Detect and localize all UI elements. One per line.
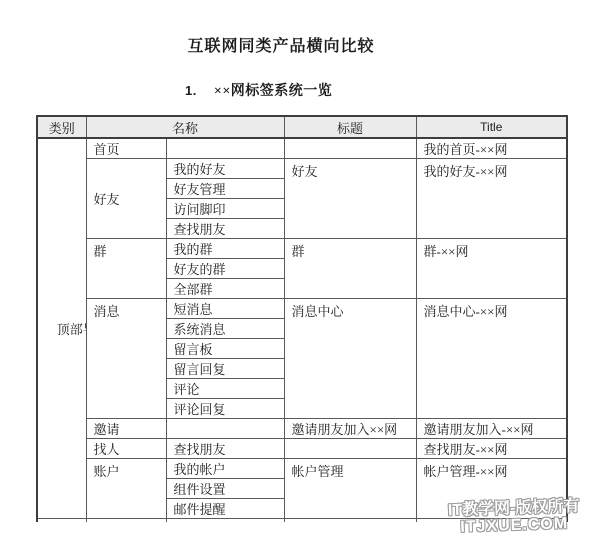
title-cell: 邀请朋友加入-××网 <box>416 419 567 439</box>
col-header-name: 名称 <box>86 116 284 138</box>
subtitle-cell <box>284 138 416 159</box>
table-row: 账户 我的帐户 帐户管理 帐户管理-××网 <box>37 459 567 479</box>
title-cell: 我的好友-××网 <box>416 159 567 239</box>
subtitle-cell: 群 <box>284 239 416 299</box>
title-cell: 查找朋友-××网 <box>416 439 567 459</box>
category-vertical-label: 顶部导航栏 <box>57 319 70 340</box>
section-title: ××网标签系统一览 <box>214 84 332 99</box>
subtitle-cell: 邀请朋友加入××网 <box>284 419 416 439</box>
submenu-cell: 好友的群 <box>166 259 284 279</box>
submenu-cell: 查找朋友 <box>166 439 284 459</box>
submenu-cell: 评论回复 <box>166 399 284 419</box>
menu-cell: 账户 <box>86 459 166 519</box>
table-row: 邀请 邀请朋友加入××网 邀请朋友加入-××网 <box>37 419 567 439</box>
page-title: 互联网同类产品横向比较 <box>0 33 562 56</box>
menu-cell: 好友 <box>86 159 166 239</box>
table-row: 好友 我的好友 好友 我的好友-××网 <box>37 159 567 179</box>
title-cell: 我的首页-××网 <box>416 138 567 159</box>
menu-cell: 群 <box>86 239 166 299</box>
submenu-cell: 好友管理 <box>166 179 284 199</box>
col-header-category: 类别 <box>37 116 86 138</box>
submenu-cell <box>166 419 284 439</box>
submenu-cell: 留言回复 <box>166 359 284 379</box>
col-header-title: Title <box>416 116 567 138</box>
submenu-cell: 组件设置 <box>166 479 284 499</box>
subtitle-cell: 好友 <box>284 159 416 239</box>
menu-cell: 消息 <box>86 299 166 419</box>
submenu-cell: 留言板 <box>166 339 284 359</box>
submenu-cell: 我的帐户 <box>166 459 284 479</box>
submenu-cell <box>166 138 284 159</box>
table-row: 消息 短消息 消息中心 消息中心-××网 <box>37 299 567 319</box>
submenu-cell: 全部群 <box>166 279 284 299</box>
submenu-cell: 系统消息 <box>166 319 284 339</box>
submenu-cell: 查找朋友 <box>166 219 284 239</box>
title-cell: 群-××网 <box>416 239 567 299</box>
table-header-row: 类别 名称 标题 Title <box>37 116 567 138</box>
table-row: 群 我的群 群 群-××网 <box>37 239 567 259</box>
title-cell: 帐户管理-××网 <box>416 459 567 519</box>
tag-system-table: 类别 名称 标题 Title 顶部导航栏 首页 我的首页-××网 好友 我的好友… <box>36 115 568 522</box>
submenu-cell: 访问脚印 <box>166 199 284 219</box>
col-header-subtitle: 标题 <box>284 116 416 138</box>
table-container: 类别 名称 标题 Title 顶部导航栏 首页 我的首页-××网 好友 我的好友… <box>36 115 569 522</box>
submenu-cell: 我的群 <box>166 239 284 259</box>
submenu-cell: 邮件提醒 <box>166 499 284 519</box>
submenu-cell: 我的好友 <box>166 159 284 179</box>
subtitle-cell: 消息中心 <box>284 299 416 419</box>
table-row: 顶部导航栏 首页 我的首页-××网 <box>37 138 567 159</box>
table-row-clipped <box>37 519 567 523</box>
category-cell: 顶部导航栏 <box>37 138 86 519</box>
submenu-cell: 评论 <box>166 379 284 399</box>
title-cell: 消息中心-××网 <box>416 299 567 419</box>
subtitle-cell: 帐户管理 <box>284 459 416 519</box>
subtitle-cell <box>284 439 416 459</box>
table-row: 找人 查找朋友 查找朋友-××网 <box>37 439 567 459</box>
document-page: 互联网同类产品横向比较 1.××网标签系统一览 类别 名称 标题 Title 顶… <box>0 0 600 538</box>
menu-cell: 首页 <box>86 138 166 159</box>
section-heading: 1.××网标签系统一览 <box>185 80 332 100</box>
submenu-cell: 短消息 <box>166 299 284 319</box>
section-number: 1. <box>185 83 197 98</box>
menu-cell: 找人 <box>86 439 166 459</box>
menu-cell: 邀请 <box>86 419 166 439</box>
